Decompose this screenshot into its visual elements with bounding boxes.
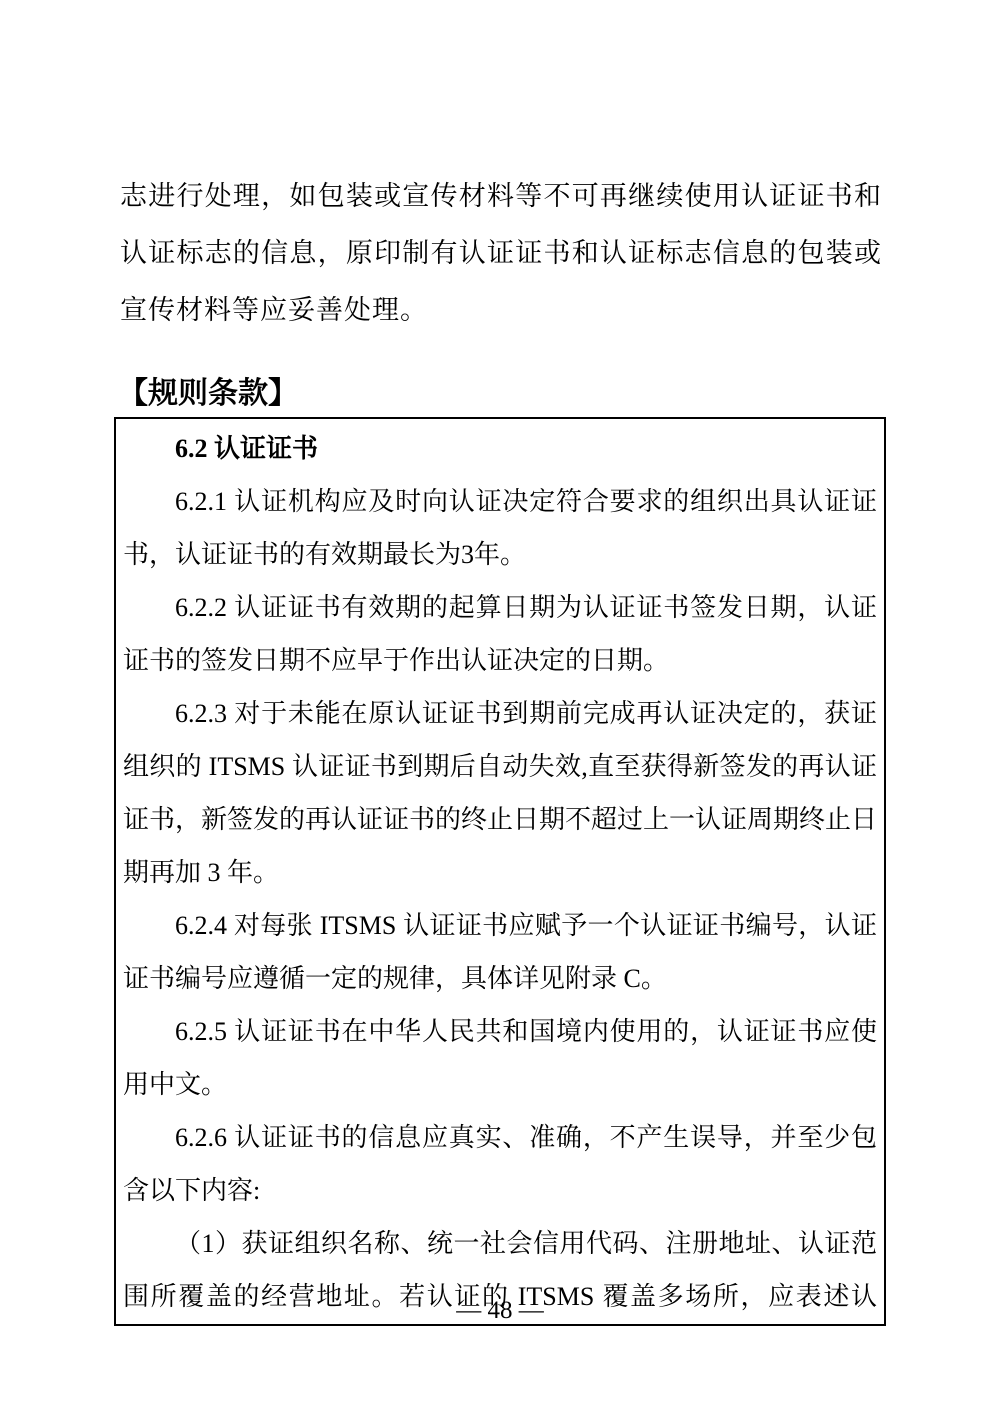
rule-box-title: 6.2 认证证书 [123, 422, 877, 475]
clause-6-2-4: 6.2.4 对每张 ITSMS 认证证书应赋予一个认证证书编号，认证证书编号应遵… [123, 899, 877, 1005]
clause-6-2-1: 6.2.1 认证机构应及时向认证决定符合要求的组织出具认证证书，认证证书的有效期… [123, 475, 877, 581]
clause-6-2-6: 6.2.6 认证证书的信息应真实、准确，不产生误导，并至少包含以下内容: [123, 1111, 877, 1217]
rule-box: 6.2 认证证书 6.2.1 认证机构应及时向认证决定符合要求的组织出具认证证书… [114, 417, 886, 1326]
page-number: — 48 — [0, 1296, 1000, 1326]
clause-6-2-5: 6.2.5 认证证书在中华人民共和国境内使用的，认证证书应使用中文。 [123, 1005, 877, 1111]
intro-paragraph: 志进行处理，如包装或宣传材料等不可再继续使用认证证书和认证标志的信息，原印制有认… [120, 168, 882, 339]
document-page: 志进行处理，如包装或宣传材料等不可再继续使用认证证书和认证标志的信息，原印制有认… [0, 0, 1000, 1414]
clause-6-2-3: 6.2.3 对于未能在原认证证书到期前完成再认证决定的，获证组织的 ITSMS … [123, 687, 877, 899]
section-heading: 【规则条款】 [118, 376, 298, 412]
clause-6-2-2: 6.2.2 认证证书有效期的起算日期为认证证书签发日期，认证证书的签发日期不应早… [123, 581, 877, 687]
